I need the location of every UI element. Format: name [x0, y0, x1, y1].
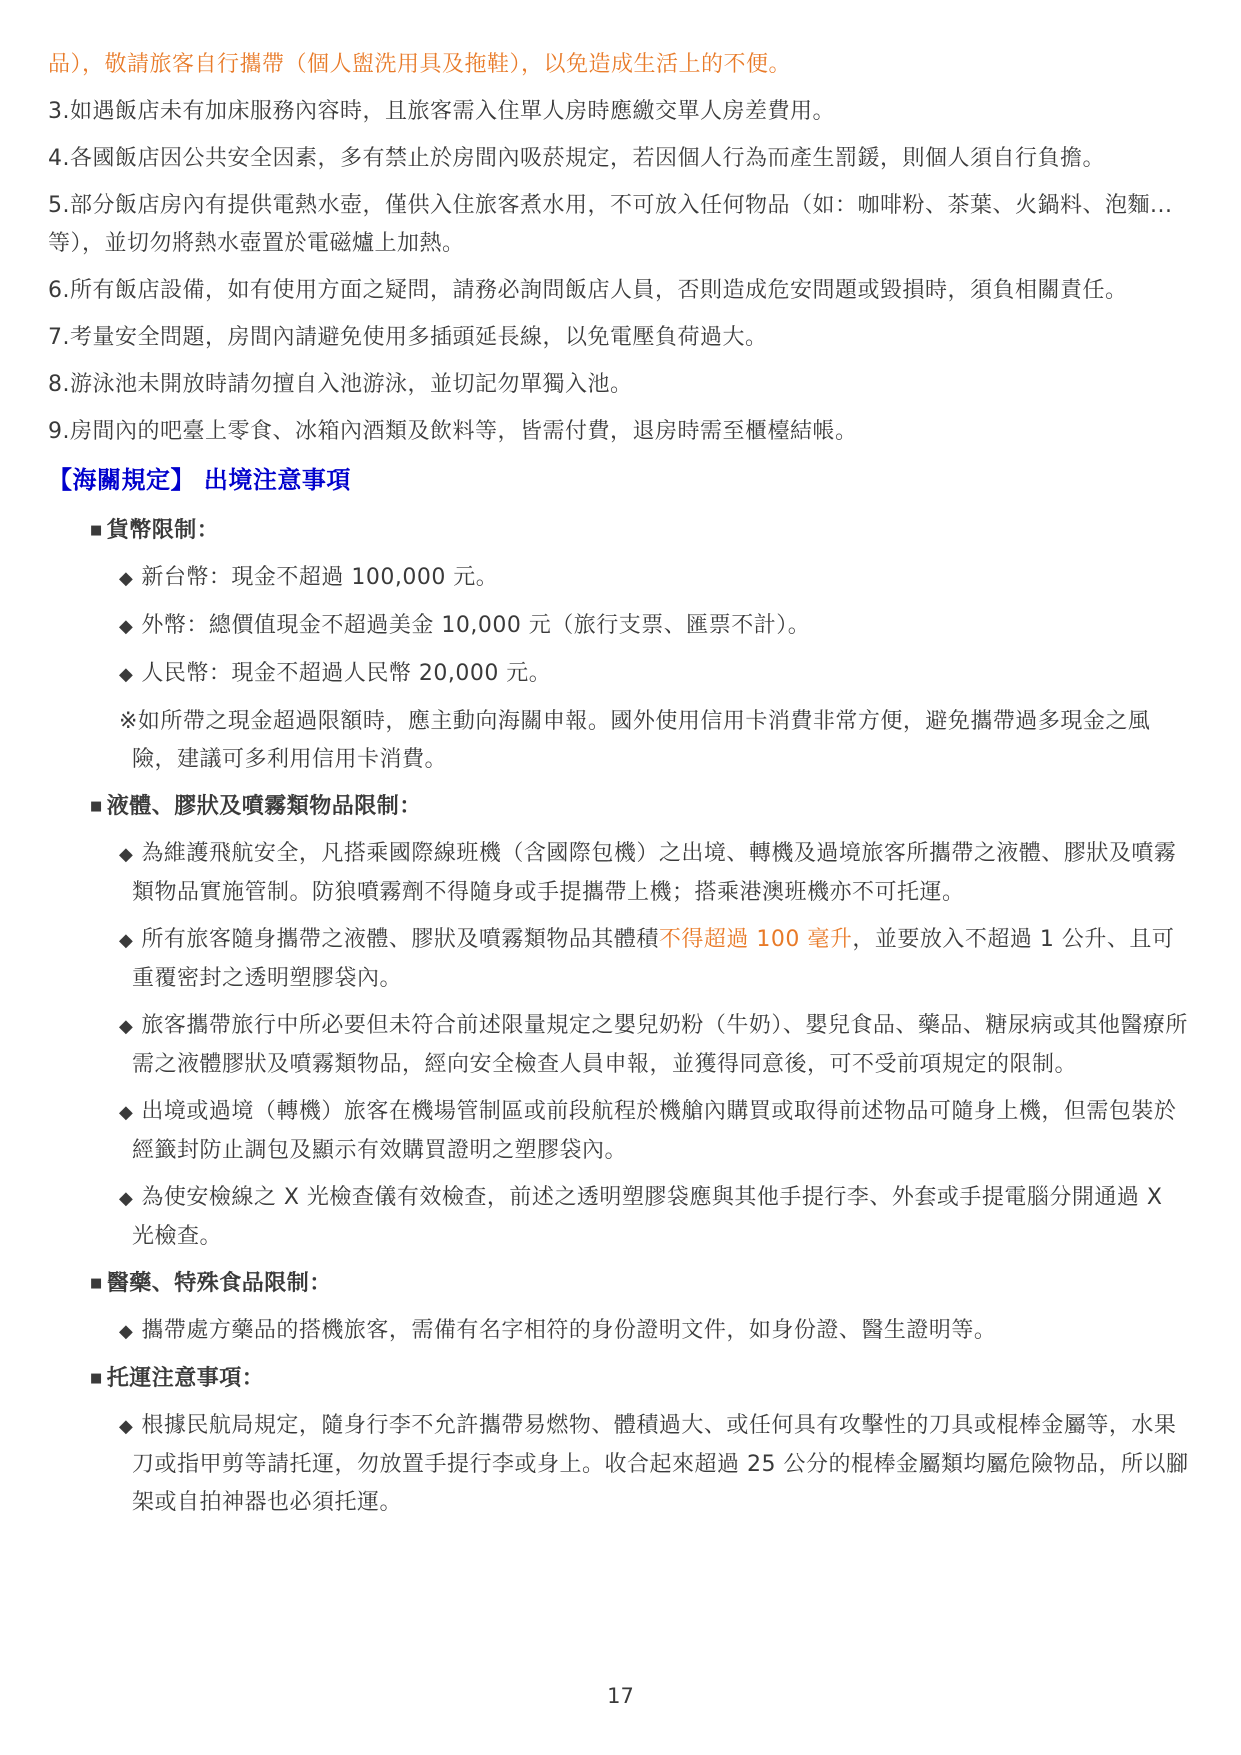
- hotel-rule-item-4: 4.各國飯店因公共安全因素，多有禁止於房間內吸菸規定，若因個人行為而產生罰鍰，則…: [48, 140, 1191, 178]
- diamond-bullet-icon: ◆: [119, 1016, 133, 1037]
- diamond-bullet-icon: ◆: [119, 844, 133, 865]
- customs-item-text: 所有旅客隨身攜帶之液體、膠狀及噴霧類物品其體積: [141, 927, 659, 952]
- hotel-rule-item-9: 9.房間內的吧臺上零食、冰箱內酒類及飲料等，皆需付費，退房時需至櫃檯結帳。: [48, 413, 1191, 451]
- customs-item: ◆外幣：總價值現金不超過美金 10,000 元（旅行支票、匯票不計）。: [132, 607, 1191, 646]
- section-title-text: 液體、膠狀及噴霧類物品限制：: [107, 794, 422, 819]
- customs-item-text: 為使安檢線之 X 光檢查儀有效檢查，前述之透明塑膠袋應與其他手提行李、外套或手提…: [132, 1185, 1162, 1249]
- diamond-bullet-icon: ◆: [119, 568, 133, 589]
- customs-item: ◆新台幣：現金不超過 100,000 元。: [132, 559, 1191, 598]
- square-bullet-icon: ■: [90, 523, 103, 538]
- section-title-checked-baggage: ■托運注意事項：: [90, 1360, 1191, 1398]
- square-bullet-icon: ■: [90, 799, 103, 814]
- customs-item: ◆出境或過境（轉機）旅客在機場管制區或前段航程於機艙內購買或取得前述物品可隨身上…: [132, 1093, 1191, 1170]
- hotel-rule-item-6: 6.所有飯店設備，如有使用方面之疑問，請務必詢問飯店人員，否則造成危安問題或毀損…: [48, 272, 1191, 310]
- section-title-liquid-limit: ■液體、膠狀及噴霧類物品限制：: [90, 788, 1191, 826]
- customs-item: ◆根據民航局規定，隨身行李不允許攜帶易燃物、體積過大、或任何具有攻擊性的刀具或棍…: [132, 1407, 1191, 1522]
- page-number: 17: [0, 1684, 1241, 1708]
- customs-item: ◆為維護飛航安全，凡搭乘國際線班機（含國際包機）之出境、轉機及過境旅客所攜帶之液…: [132, 835, 1191, 912]
- hotel-rule-item-8: 8.游泳池未開放時請勿擅自入池游泳，並切記勿單獨入池。: [48, 366, 1191, 404]
- diamond-bullet-icon: ◆: [119, 1188, 133, 1209]
- diamond-bullet-icon: ◆: [119, 616, 133, 637]
- diamond-bullet-icon: ◆: [119, 930, 133, 951]
- customs-item-text: 攜帶處方藥品的搭機旅客，需備有名字相符的身份證明文件，如身份證、醫生證明等。: [141, 1318, 996, 1343]
- section-title-text: 醫藥、特殊食品限制：: [107, 1271, 332, 1296]
- customs-item-text: 人民幣：現金不超過人民幣 20,000 元。: [141, 661, 551, 686]
- customs-regulations-heading: 【海關規定】 出境注意事項: [48, 460, 1191, 500]
- document-page: 品），敬請旅客自行攜帶（個人盥洗用具及拖鞋），以免造成生活上的不便。 3.如遇飯…: [0, 0, 1241, 1755]
- diamond-bullet-icon: ◆: [119, 1102, 133, 1123]
- square-bullet-icon: ■: [90, 1276, 103, 1291]
- hotel-rule-item-7: 7.考量安全問題，房間內請避免使用多插頭延長線，以免電壓負荷過大。: [48, 319, 1191, 357]
- customs-item-text: 根據民航局規定，隨身行李不允許攜帶易燃物、體積過大、或任何具有攻擊性的刀具或棍棒…: [132, 1413, 1188, 1515]
- section-title-medicine-limit: ■醫藥、特殊食品限制：: [90, 1265, 1191, 1303]
- diamond-bullet-icon: ◆: [119, 1321, 133, 1342]
- customs-item: ◆旅客攜帶旅行中所必要但未符合前述限量規定之嬰兒奶粉（牛奶）、嬰兒食品、藥品、糖…: [132, 1007, 1191, 1084]
- customs-item-text: 出境或過境（轉機）旅客在機場管制區或前段航程於機艙內購買或取得前述物品可隨身上機…: [132, 1099, 1176, 1163]
- intro-overflow-line: 品），敬請旅客自行攜帶（個人盥洗用具及拖鞋），以免造成生活上的不便。: [48, 46, 1191, 84]
- section-title-currency-limit: ■貨幣限制：: [90, 512, 1191, 550]
- square-bullet-icon: ■: [90, 1371, 103, 1386]
- customs-item-text: 旅客攜帶旅行中所必要但未符合前述限量規定之嬰兒奶粉（牛奶）、嬰兒食品、藥品、糖尿…: [132, 1013, 1188, 1077]
- hotel-rule-item-5: 5.部分飯店房內有提供電熱水壺，僅供入住旅客煮水用，不可放入任何物品（如：咖啡粉…: [48, 187, 1191, 263]
- section-title-text: 貨幣限制：: [107, 518, 220, 543]
- customs-item-text: 新台幣：現金不超過 100,000 元。: [141, 565, 498, 590]
- customs-item: ◆人民幣：現金不超過人民幣 20,000 元。: [132, 655, 1191, 694]
- hotel-rule-item-3: 3.如遇飯店未有加床服務內容時，且旅客需入住單人房時應繳交單人房差費用。: [48, 93, 1191, 131]
- customs-item-text: 為維護飛航安全，凡搭乘國際線班機（含國際包機）之出境、轉機及過境旅客所攜帶之液體…: [132, 841, 1176, 905]
- document-content: 品），敬請旅客自行攜帶（個人盥洗用具及拖鞋），以免造成生活上的不便。 3.如遇飯…: [0, 0, 1241, 1522]
- diamond-bullet-icon: ◆: [119, 1416, 133, 1437]
- section-title-text: 托運注意事項：: [107, 1366, 265, 1391]
- customs-item-highlight: 不得超過 100 毫升: [659, 927, 852, 952]
- customs-item: ◆為使安檢線之 X 光檢查儀有效檢查，前述之透明塑膠袋應與其他手提行李、外套或手…: [132, 1179, 1191, 1256]
- customs-item: ◆攜帶處方藥品的搭機旅客，需備有名字相符的身份證明文件，如身份證、醫生證明等。: [132, 1312, 1191, 1351]
- customs-note: ※如所帶之現金超過限額時，應主動向海關申報。國外使用信用卡消費非常方便，避免攜帶…: [132, 703, 1191, 779]
- customs-item-text: 外幣：總價值現金不超過美金 10,000 元（旅行支票、匯票不計）。: [141, 613, 810, 638]
- diamond-bullet-icon: ◆: [119, 664, 133, 685]
- customs-item: ◆所有旅客隨身攜帶之液體、膠狀及噴霧類物品其體積不得超過 100 毫升，並要放入…: [132, 921, 1191, 998]
